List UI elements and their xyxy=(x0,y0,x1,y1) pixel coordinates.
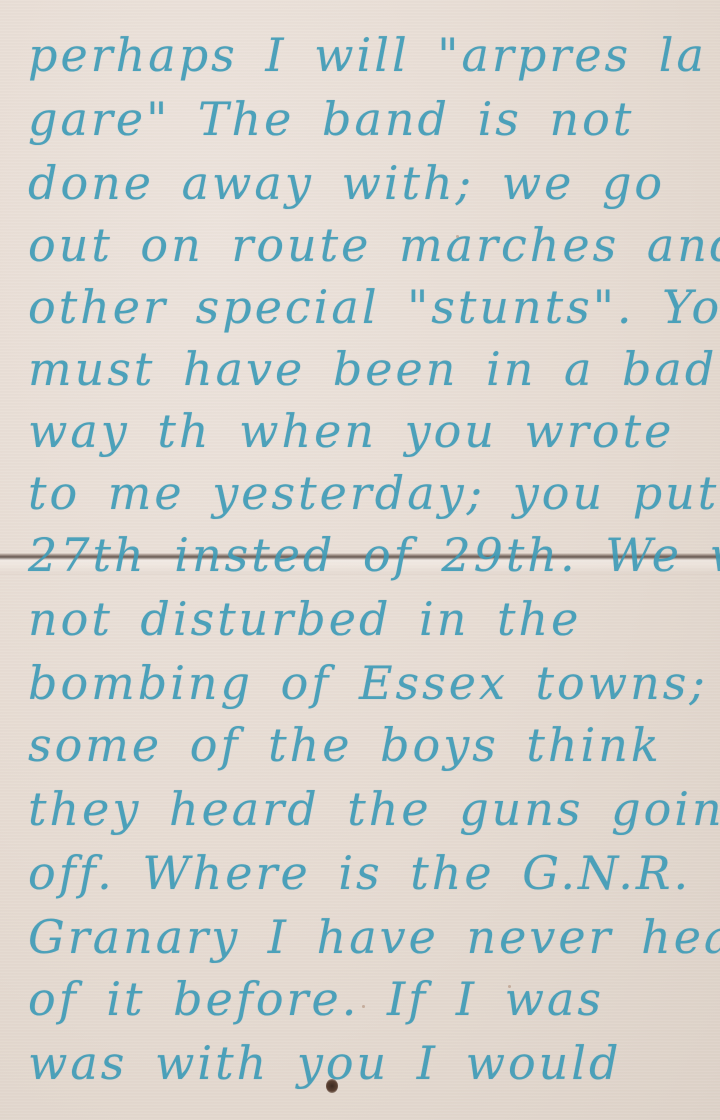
text-line: was with you I would xyxy=(28,1036,621,1090)
paper-speck xyxy=(362,1005,365,1008)
text-line: out on route marches and xyxy=(28,218,720,272)
paper-speck xyxy=(508,985,511,988)
text-line: not disturbed in the xyxy=(28,592,581,646)
text-line: to me yesterday; you put xyxy=(28,466,719,520)
text-line: off. Where is the G.N.R. xyxy=(28,846,691,900)
text-line: Granary I have never heard xyxy=(28,910,720,964)
text-line: bombing of Essex towns; xyxy=(28,656,708,710)
text-line: they heard the guns going xyxy=(28,782,720,836)
text-line: must have been in a bad xyxy=(28,342,717,396)
text-line: other special "stunts". You xyxy=(28,280,720,334)
text-line: gare" The band is not xyxy=(28,92,634,146)
text-line: some of the boys think xyxy=(28,718,662,772)
text-line: 27th insted of 29th. We were xyxy=(28,528,720,582)
text-line: done away with; we go xyxy=(28,156,665,210)
ink-blot xyxy=(326,1079,338,1093)
text-line: way th when you wrote xyxy=(28,404,674,458)
text-line: of it before. If I was xyxy=(28,972,604,1026)
paper-speck xyxy=(456,235,459,238)
text-line: perhaps I will "arpres la xyxy=(28,28,707,82)
